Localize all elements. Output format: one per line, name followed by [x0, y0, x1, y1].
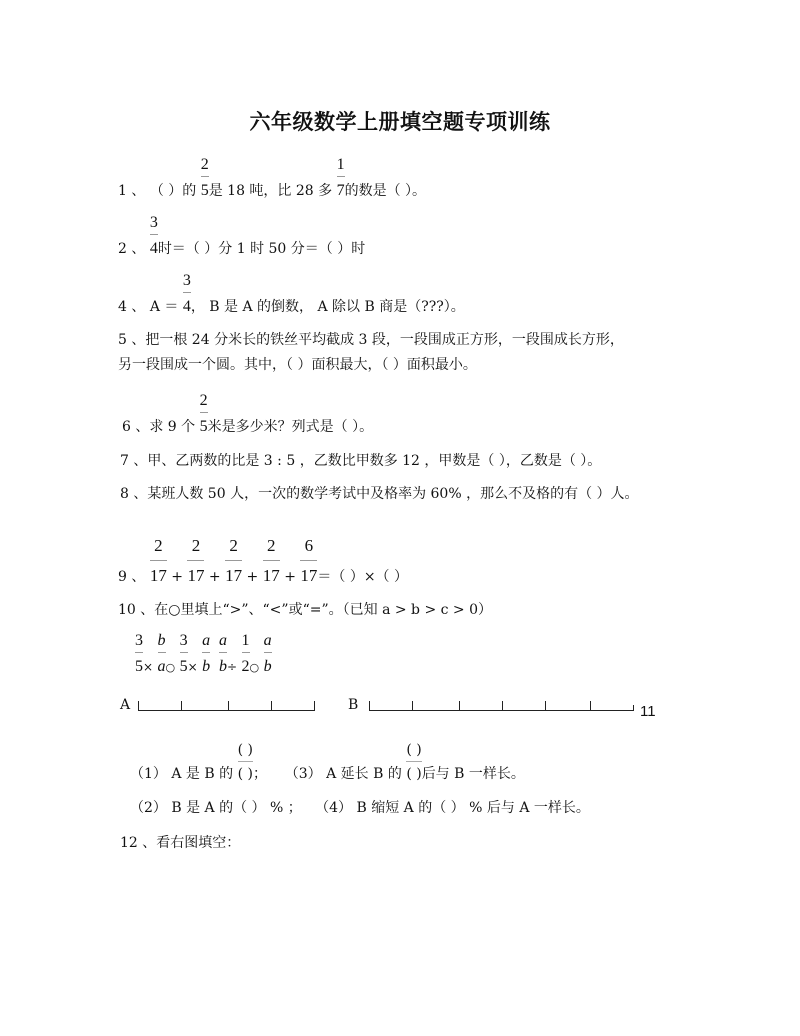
question-5-line-2: 另一段围成一个圆。其中，（ ）面积最大，（ ）面积最小。 — [118, 356, 477, 374]
segment-a-label: A — [120, 697, 130, 713]
question-text: （2） B 是 A 的（ ） % ； — [130, 800, 302, 816]
question-text: 时＝（ ）分 1 时 50 分＝（ ）时 — [158, 241, 365, 257]
plus-sign: + — [284, 569, 296, 585]
question-text: 的数是（ ）。 — [345, 183, 426, 199]
fraction: 25 — [200, 418, 208, 437]
question-text: （1） A 是 B 的 — [130, 766, 233, 782]
question-text: （3） A 延长 B 的 — [285, 766, 402, 782]
times-sign: × — [188, 660, 198, 674]
compare-circle[interactable]: ○ — [250, 661, 260, 674]
question-2: 2 、 34时＝（ ）分 1 时 50 分＝（ ）时 — [118, 240, 365, 259]
fraction: ab — [264, 658, 272, 677]
question-number: 4 、 — [118, 299, 145, 315]
fraction: 217 — [187, 567, 204, 587]
fraction: ab — [202, 658, 210, 677]
question-12: 12 、看右图填空： — [120, 834, 240, 852]
times-sign: × — [143, 660, 153, 674]
plus-sign: + — [247, 569, 259, 585]
fraction: 34 — [150, 240, 158, 259]
fraction: 617 — [300, 567, 317, 587]
question-number: 2 、 — [118, 241, 145, 257]
question-text: （4） B 缩短 A 的（ ） % 后与 A 一样长。 — [315, 800, 590, 816]
question-text: ； — [253, 766, 267, 782]
fraction: 34 — [183, 298, 191, 317]
question-11-number: 11 — [640, 703, 656, 720]
question-4: 4 、 A ＝ 34， B 是 A 的倒数， A 除以 B 商是（???）。 — [118, 298, 465, 317]
compare-circle[interactable]: ○ — [166, 661, 176, 674]
question-text: ＝（ ）×（ ） — [317, 569, 408, 585]
question-9: 9 、 217 + 217 + 217 + 217 + 617＝（ ）×（ ） — [118, 567, 408, 587]
plus-sign: + — [171, 569, 183, 585]
fraction: ab — [219, 658, 227, 677]
question-text: 是 18 吨，比 28 多 — [209, 183, 332, 199]
question-number: 1 、 — [118, 183, 145, 199]
question-6: 6 、求 9 个 25米是多少米？列式是（ ）。 — [122, 418, 373, 437]
question-10-expressions: 35× ba○ 35× ab ab÷ 12○ ab — [135, 658, 272, 677]
question-11-sub-2-4: （2） B 是 A 的（ ） % ； （4） B 缩短 A 的（ ） % 后与 … — [130, 799, 590, 817]
fraction: 217 — [225, 567, 242, 587]
question-text: 后与 B 一样长。 — [422, 766, 525, 782]
fraction: 25 — [201, 182, 209, 201]
blank-fraction[interactable]: ( )( ) — [238, 765, 253, 783]
fraction: 17 — [337, 182, 345, 201]
divide-sign: ÷ — [227, 660, 237, 674]
fraction: 217 — [150, 567, 167, 587]
question-5-line-1: 5 、把一根 24 分米长的铁丝平均截成 3 段，一段围成正方形，一段围成长方形… — [118, 331, 624, 349]
question-text: A ＝ — [150, 299, 179, 315]
fraction: 217 — [263, 567, 280, 587]
page-title: 六年级数学上册填空题专项训练 — [0, 106, 800, 136]
question-1: 1 、 （ ）的 25是 18 吨，比 28 多 17的数是（ ）。 — [118, 182, 426, 201]
blank-fraction[interactable]: ( )( ) — [406, 765, 421, 783]
question-text: ， B 是 A 的倒数， A 除以 B 商是（???）。 — [191, 299, 465, 315]
question-text: 6 、求 9 个 — [122, 419, 195, 435]
fraction: ba — [158, 658, 166, 677]
fraction: 35 — [180, 658, 188, 677]
question-text: 米是多少米？列式是（ ）。 — [208, 419, 373, 435]
question-text: （ ）的 — [150, 183, 196, 199]
fraction: 35 — [135, 658, 143, 677]
question-7: 7 、甲、乙两数的比是 3 : 5 ，乙数比甲数多 12 ，甲数是（ ），乙数是… — [120, 452, 601, 470]
question-10: 10 、在○里填上“>”、“<”或“=”。（已知 a > b > c > 0） — [118, 601, 492, 619]
question-11-sub-1: （1） A 是 B 的 ( )( )； （3） A 延长 B 的 ( )( )后… — [130, 765, 525, 783]
fraction: 12 — [242, 658, 250, 677]
segment-b-label: B — [348, 697, 358, 713]
question-8: 8 、某班人数 50 人，一次的数学考试中及格率为 60% ，那么不及格的有（ … — [120, 485, 639, 503]
question-number: 9 、 — [118, 569, 145, 585]
plus-sign: + — [209, 569, 221, 585]
